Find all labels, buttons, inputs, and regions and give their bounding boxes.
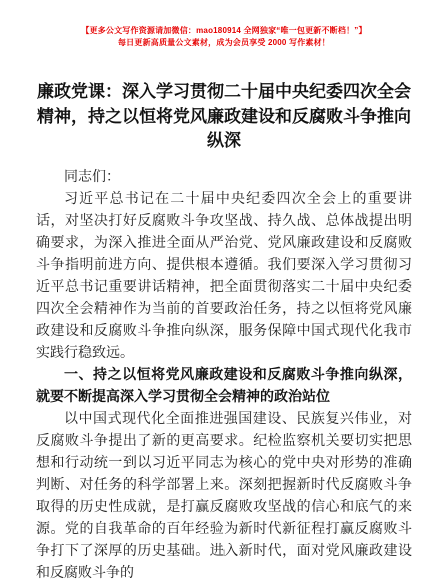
document-body: 同志们： 习近平总书记在二十届中央纪委四次全会上的重要讲话，对坚决打好反腐败斗争…	[36, 167, 412, 580]
salutation: 同志们：	[36, 167, 412, 189]
section-heading-1: 一、持之以恒将党风廉政建设和反腐败斗争推向纵深，就要不断提高深入学习贯彻全会精神…	[36, 365, 412, 409]
promo-notice: 【更多公文写作资源请加微信：mao180914 全网独家“唯一包更新不断档！”】…	[0, 0, 448, 48]
document-title: 廉政党课：深入学习贯彻二十届中央纪委四次全会精神，持之以恒将党风廉政建设和反腐败…	[32, 80, 416, 154]
promo-notice-line-2: 每日更新高质量公文素材，成为会员享受 2000 写作素材！	[0, 37, 448, 49]
paragraph-1: 习近平总书记在二十届中央纪委四次全会上的重要讲话，对坚决打好反腐败斗争攻坚战、持…	[36, 189, 412, 365]
promo-notice-line-1: 【更多公文写作资源请加微信：mao180914 全网独家“唯一包更新不断档！”】	[0, 25, 448, 37]
page-number: 1	[0, 548, 448, 558]
document-page: 【更多公文写作资源请加微信：mao180914 全网独家“唯一包更新不断档！”】…	[0, 0, 448, 580]
